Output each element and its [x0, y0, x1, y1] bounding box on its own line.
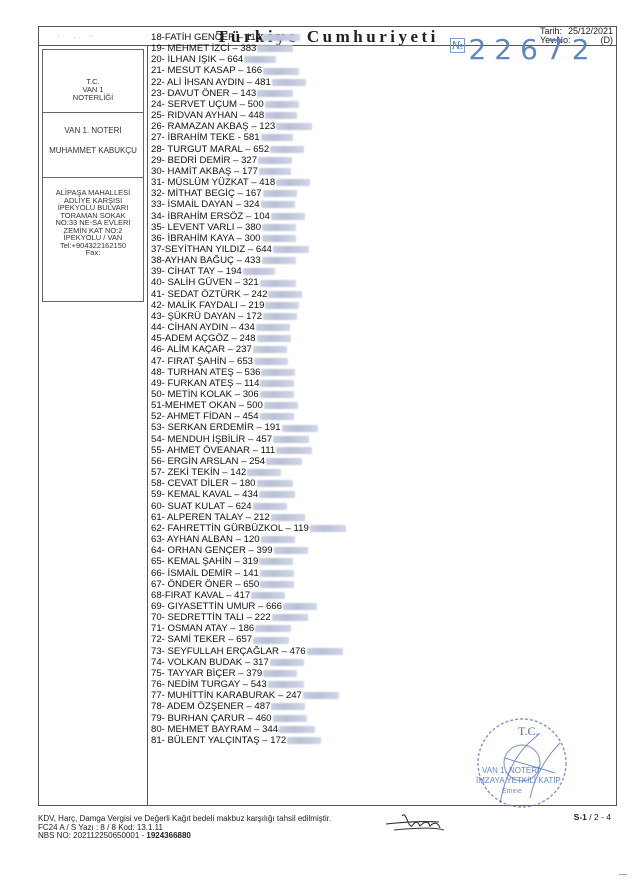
- redacted-id: [260, 413, 294, 420]
- redacted-id: [271, 213, 305, 220]
- entry-text: 25- RIDVAN AYHAN – 448: [151, 110, 264, 121]
- entry-text: 24- SERVET UÇUM – 500: [151, 99, 264, 110]
- redacted-id: [265, 112, 297, 119]
- redacted-id: [274, 547, 308, 554]
- person-list: 18-FATİH GENCER – 11419- MEHMET İZCİ – 3…: [151, 32, 346, 746]
- svg-text:Emine: Emine: [502, 788, 522, 795]
- entry-text: 33- İSMAİL DAYAN – 324: [151, 199, 260, 210]
- entry-text: 65- KEMAL ŞAHİN – 319: [151, 556, 258, 567]
- redacted-id: [260, 280, 296, 287]
- list-item: 61- ALPEREN TALAY – 212: [151, 512, 346, 523]
- entry-text: 34- İBRAHİM ERSÖZ – 104: [151, 211, 270, 222]
- list-item: 53- SERKAN ERDEMİR – 191: [151, 422, 346, 433]
- list-item: 73- SEYFULLAH ERÇAĞLAR – 476: [151, 646, 346, 657]
- redacted-id: [257, 480, 293, 487]
- redacted-id: [271, 514, 305, 521]
- entry-text: 71- OSMAN ATAY – 186: [151, 623, 254, 634]
- redacted-id: [247, 469, 281, 476]
- list-item: 75- TAYYAR BİÇER – 379: [151, 668, 346, 679]
- list-item: 76- NEDİM TURGAY – 543: [151, 679, 346, 690]
- entry-text: 79- BURHAN ÇARUR – 460: [151, 713, 272, 724]
- entry-text: 57- ZEKİ TEKİN – 142: [151, 467, 246, 478]
- redacted-id: [273, 715, 307, 722]
- entry-text: 20- İLHAN IŞIK – 664: [151, 54, 243, 65]
- list-item: 60- SUAT KULAT – 624: [151, 501, 346, 512]
- list-item: 42- MALİK FAYDALI – 219: [151, 300, 346, 311]
- redacted-id: [257, 45, 293, 52]
- entry-text: 77- MUHİTTİN KARABURAK – 247: [151, 690, 302, 701]
- list-item: 80- MEHMET BAYRAM – 344: [151, 724, 346, 735]
- entry-text: 70- SEDRETTİN TALI – 222: [151, 612, 271, 623]
- list-item: 66- İSMAİL DEMİR – 141: [151, 568, 346, 579]
- redacted-id: [276, 179, 310, 186]
- entry-text: 23- DAVUT ÖNER – 143: [151, 88, 256, 99]
- entry-text: 67- ÖNDER ÖNER – 650: [151, 579, 259, 590]
- list-item: 47- FIRAT ŞAHİN – 653: [151, 356, 346, 367]
- list-item: 78- ADEM ÖZŞENER – 487: [151, 701, 346, 712]
- entry-text: 48- TURHAN ATEŞ – 536: [151, 367, 260, 378]
- redacted-id: [255, 625, 291, 632]
- redacted-id: [272, 614, 308, 621]
- redacted-id: [268, 291, 302, 298]
- redacted-id: [303, 692, 339, 699]
- list-item: 64- ORHAN GENÇER – 399: [151, 545, 346, 556]
- list-item: 23- DAVUT ÖNER – 143: [151, 88, 346, 99]
- number-sign-icon: №: [450, 38, 465, 53]
- redacted-id: [261, 134, 293, 141]
- entry-text: 21- MESUT KASAP – 166: [151, 65, 262, 76]
- list-item: 67- ÖNDER ÖNER – 650: [151, 579, 346, 590]
- list-item: 74- VOLKAN BUDAK – 317: [151, 657, 346, 668]
- list-item: 69- GIYASETTİN UMUR – 666: [151, 601, 346, 612]
- redacted-id: [270, 146, 304, 153]
- entry-text: 27- İBRAHİM TEKE - 581: [151, 132, 260, 143]
- redacted-id: [263, 313, 297, 320]
- nbs-number: NBS NO: 202112250650001 - 1924366880: [38, 832, 331, 841]
- list-item: 49- FURKAN ATEŞ – 114: [151, 378, 346, 389]
- list-item: 56- ERGİN ARSLAN – 254: [151, 456, 346, 467]
- list-item: 63- AYHAN ALBAN – 120: [151, 534, 346, 545]
- entry-text: 47- FIRAT ŞAHİN – 653: [151, 356, 253, 367]
- entry-text: 41- SEDAT ÖZTÜRK – 242: [151, 289, 267, 300]
- entry-text: 60- SUAT KULAT – 624: [151, 501, 252, 512]
- notary-name: MUHAMMET KABUKÇU: [43, 147, 143, 155]
- list-item: 27- İBRAHİM TEKE - 581: [151, 132, 346, 143]
- entry-text: 26- RAMAZAN AKBAŞ – 123: [151, 121, 275, 132]
- redacted-id: [276, 447, 312, 454]
- entry-text: 80- MEHMET BAYRAM – 344: [151, 724, 278, 735]
- redacted-id: [264, 402, 298, 409]
- list-item: 37-SEYİTHAN YILDIZ – 644: [151, 244, 346, 255]
- redacted-id: [270, 659, 304, 666]
- list-item: 81- BÜLENT YALÇINTAŞ – 172: [151, 735, 346, 746]
- redacted-id: [307, 648, 343, 655]
- entry-text: 31- MÜSLÜM YÜZKAT – 418: [151, 177, 275, 188]
- entry-text: 30- HAMİT AKBAŞ – 177: [151, 166, 258, 177]
- list-item: 31- MÜSLÜM YÜZKAT – 418: [151, 177, 346, 188]
- entry-text: 37-SEYİTHAN YILDIZ – 644: [151, 244, 272, 255]
- list-item: 45-ADEM AÇGÖZ – 248: [151, 333, 346, 344]
- redacted-id: [260, 380, 294, 387]
- entry-text: 29- BEDRİ DEMİR – 327: [151, 155, 257, 166]
- list-item: 44- CİHAN AYDIN – 434: [151, 322, 346, 333]
- redacted-id: [273, 246, 309, 253]
- list-item: 72- SAMİ TEKER – 657: [151, 634, 346, 645]
- list-item: 32- MİTHAT BEGİÇ – 167: [151, 188, 346, 199]
- notary-info-column: T.C. VAN 1 NOTERLİĞİ VAN 1. NOTERİ MUHAM…: [39, 45, 148, 805]
- redacted-id: [262, 257, 296, 264]
- list-item: 54- MENDUH İŞBİLİR – 457: [151, 434, 346, 445]
- list-item: 33- İSMAİL DAYAN – 324: [151, 199, 346, 210]
- redacted-id: [283, 603, 317, 610]
- entry-text: 66- İSMAİL DEMİR – 141: [151, 568, 259, 579]
- entry-text: 51-MEHMET OKAN – 500: [151, 400, 263, 411]
- entry-text: 44- CİHAN AYDIN – 434: [151, 322, 255, 333]
- list-item: 39- CİHAT TAY – 194: [151, 266, 346, 277]
- redacted-id: [263, 68, 299, 75]
- redacted-id: [262, 34, 300, 41]
- redacted-id: [259, 491, 295, 498]
- redacted-id: [260, 391, 294, 398]
- entry-text: 61- ALPEREN TALAY – 212: [151, 512, 270, 523]
- list-item: 50- METİN KOLAK – 306: [151, 389, 346, 400]
- redacted-id: [253, 503, 287, 510]
- redacted-id: [273, 436, 309, 443]
- entry-text: 22- ALİ İHSAN AYDIN – 481: [151, 77, 271, 88]
- entry-text: 38-AYHAN BAĞUÇ – 433: [151, 255, 261, 266]
- list-item: 48- TURHAN ATEŞ – 536: [151, 367, 346, 378]
- redacted-id: [261, 369, 295, 376]
- redacted-id: [259, 558, 293, 565]
- entry-text: 55- AHMET ÖVEANAR – 111: [151, 445, 275, 456]
- list-item: 51-MEHMET OKAN – 500: [151, 400, 346, 411]
- list-item: 25- RIDVAN AYHAN – 448: [151, 110, 346, 121]
- redacted-id: [265, 302, 299, 309]
- entry-text: 18-FATİH GENCER – 114: [151, 32, 261, 43]
- redacted-id: [266, 458, 302, 465]
- redacted-id: [253, 346, 287, 353]
- entry-text: 58- CEVAT DİLER – 180: [151, 478, 256, 489]
- office-line: NOTERLİĞİ: [43, 94, 143, 102]
- entry-text: 45-ADEM AÇGÖZ – 248: [151, 333, 256, 344]
- entry-text: 28- TURGUT MARAL – 652: [151, 144, 269, 155]
- list-item: 40- SALİH GÜVEN – 321: [151, 277, 346, 288]
- redacted-id: [259, 168, 291, 175]
- list-item: 28- TURGUT MARAL – 652: [151, 144, 346, 155]
- redacted-id: [276, 123, 312, 130]
- list-item: 58- CEVAT DİLER – 180: [151, 478, 346, 489]
- list-item: 70- SEDRETTİN TALI – 222: [151, 612, 346, 623]
- list-item: 68-FIRAT KAVAL – 417: [151, 590, 346, 601]
- list-item: 62- FAHRETTİN GÜRBÜZKOL – 119: [151, 523, 346, 534]
- redacted-id: [261, 536, 295, 543]
- redacted-id: [262, 224, 296, 231]
- list-item: 20- İLHAN IŞIK – 664: [151, 54, 346, 65]
- list-item: 24- SERVET UÇUM – 500: [151, 99, 346, 110]
- entry-text: 49- FURKAN ATEŞ – 114: [151, 378, 259, 389]
- redacted-id: [282, 425, 318, 432]
- page-code: S-1 / 2 - 4: [574, 812, 611, 822]
- redacted-id: [253, 637, 289, 644]
- redacted-id: [265, 101, 299, 108]
- list-item: 77- MUHİTTİN KARABURAK – 247: [151, 690, 346, 701]
- entry-text: 40- SALİH GÜVEN – 321: [151, 277, 259, 288]
- list-item: 35- LEVENT VARLI – 380: [151, 222, 346, 233]
- entry-text: 43- ŞÜKRÜ DAYAN – 172: [151, 311, 262, 322]
- document-footer: KDV, Harç, Damga Vergisi ve Değerli Kağı…: [38, 815, 331, 841]
- entry-text: 74- VOLKAN BUDAK – 317: [151, 657, 269, 668]
- list-item: 59- KEMAL KAVAL – 434: [151, 489, 346, 500]
- entry-text: 36- İBRAHİM KAYA – 300: [151, 233, 261, 244]
- notary-title: VAN 1. NOTERİ: [43, 127, 143, 135]
- redacted-id: [279, 726, 315, 733]
- entry-text: 52- AHMET FİDAN – 454: [151, 411, 259, 422]
- scan-mark: [619, 874, 627, 875]
- redacted-id: [268, 681, 304, 688]
- redacted-id: [256, 324, 290, 331]
- list-item: 79- BURHAN ÇARUR – 460: [151, 713, 346, 724]
- entry-text: 59- KEMAL KAVAL – 434: [151, 489, 258, 500]
- list-item: 29- BEDRİ DEMİR – 327: [151, 155, 346, 166]
- entry-text: 32- MİTHAT BEGİÇ – 167: [151, 188, 262, 199]
- svg-text:T.C.: T.C.: [518, 724, 538, 738]
- document-number-stamp: №22672: [450, 33, 598, 66]
- entry-text: 54- MENDUH İŞBİLİR – 457: [151, 434, 272, 445]
- entry-text: 68-FIRAT KAVAL – 417: [151, 590, 250, 601]
- redacted-id: [251, 592, 285, 599]
- list-item: 55- AHMET ÖVEANAR – 111: [151, 445, 346, 456]
- entry-text: 46- ALİM KAÇAR – 237: [151, 344, 252, 355]
- list-item: 71- OSMAN ATAY – 186: [151, 623, 346, 634]
- entry-text: 81- BÜLENT YALÇINTAŞ – 172: [151, 735, 286, 746]
- list-item: 38-AYHAN BAĞUÇ – 433: [151, 255, 346, 266]
- redacted-id: [261, 201, 295, 208]
- entry-text: 53- SERKAN ERDEMİR – 191: [151, 422, 281, 433]
- redacted-id: [262, 235, 296, 242]
- address-box: ALİPAŞA MAHALLESİADLİYE KARŞISIİPEKYOLU …: [42, 177, 144, 302]
- stamp-number: 22672: [468, 33, 597, 66]
- list-item: 19- MEHMET İZCİ – 383: [151, 43, 346, 54]
- document-frame: ·.· Türkiye Cumhuriyeti Tarih:25/12/2021…: [38, 26, 617, 806]
- list-item: 21- MESUT KASAP – 166: [151, 65, 346, 76]
- redacted-id: [243, 268, 275, 275]
- redacted-id: [272, 79, 306, 86]
- redacted-id: [310, 525, 346, 532]
- redacted-id: [263, 670, 297, 677]
- entry-text: 50- METİN KOLAK – 306: [151, 389, 259, 400]
- notary-seal-icon: T.C. VAN 1. NOTERİ İMZAYA YETKİLİ KATİP …: [460, 713, 580, 823]
- redacted-id: [254, 358, 288, 365]
- entry-text: 72- SAMİ TEKER – 657: [151, 634, 252, 645]
- redacted-id: [287, 737, 321, 744]
- notary-box: VAN 1. NOTERİ MUHAMMET KABUKÇU: [42, 112, 144, 178]
- redacted-id: [271, 703, 305, 710]
- list-item: 18-FATİH GENCER – 114: [151, 32, 346, 43]
- list-item: 57- ZEKİ TEKİN – 142: [151, 467, 346, 478]
- list-item: 65- KEMAL ŞAHİN – 319: [151, 556, 346, 567]
- list-item: 41- SEDAT ÖZTÜRK – 242: [151, 289, 346, 300]
- entry-text: 56- ERGİN ARSLAN – 254: [151, 456, 265, 467]
- svg-text:VAN 1. NOTERİ: VAN 1. NOTERİ: [482, 766, 539, 775]
- entry-text: 19- MEHMET İZCİ – 383: [151, 43, 256, 54]
- entry-text: 75- TAYYAR BİÇER – 379: [151, 668, 262, 679]
- list-item: 26- RAMAZAN AKBAŞ – 123: [151, 121, 346, 132]
- yev-value: (D): [601, 36, 614, 45]
- redacted-id: [244, 56, 276, 63]
- office-box: T.C. VAN 1 NOTERLİĞİ: [42, 49, 144, 113]
- redacted-id: [257, 90, 293, 97]
- list-item: 34- İBRAHİM ERSÖZ – 104: [151, 211, 346, 222]
- redacted-id: [257, 335, 291, 342]
- entry-text: 42- MALİK FAYDALI – 219: [151, 300, 264, 311]
- entry-text: 69- GIYASETTİN UMUR – 666: [151, 601, 282, 612]
- list-item: 52- AHMET FİDAN – 454: [151, 411, 346, 422]
- entry-text: 39- CİHAT TAY – 194: [151, 266, 242, 277]
- entry-text: 78- ADEM ÖZŞENER – 487: [151, 701, 270, 712]
- redacted-id: [263, 190, 297, 197]
- list-item: 30- HAMİT AKBAŞ – 177: [151, 166, 346, 177]
- address-line: Fax:: [43, 249, 143, 257]
- entry-text: 63- AYHAN ALBAN – 120: [151, 534, 260, 545]
- signature-icon: [384, 808, 459, 833]
- redacted-id: [258, 157, 292, 164]
- entry-text: 64- ORHAN GENÇER – 399: [151, 545, 273, 556]
- redacted-id: [260, 570, 294, 577]
- entry-text: 62- FAHRETTİN GÜRBÜZKOL – 119: [151, 523, 309, 534]
- list-item: 46- ALİM KAÇAR – 237: [151, 344, 346, 355]
- redacted-id: [260, 581, 294, 588]
- entry-text: 76- NEDİM TURGAY – 543: [151, 679, 267, 690]
- entry-text: 73- SEYFULLAH ERÇAĞLAR – 476: [151, 646, 306, 657]
- list-item: 36- İBRAHİM KAYA – 300: [151, 233, 346, 244]
- entry-text: 35- LEVENT VARLI – 380: [151, 222, 261, 233]
- list-item: 43- ŞÜKRÜ DAYAN – 172: [151, 311, 346, 322]
- list-item: 22- ALİ İHSAN AYDIN – 481: [151, 77, 346, 88]
- svg-text:İMZAYA YETKİLİ KATİP: İMZAYA YETKİLİ KATİP: [476, 776, 561, 785]
